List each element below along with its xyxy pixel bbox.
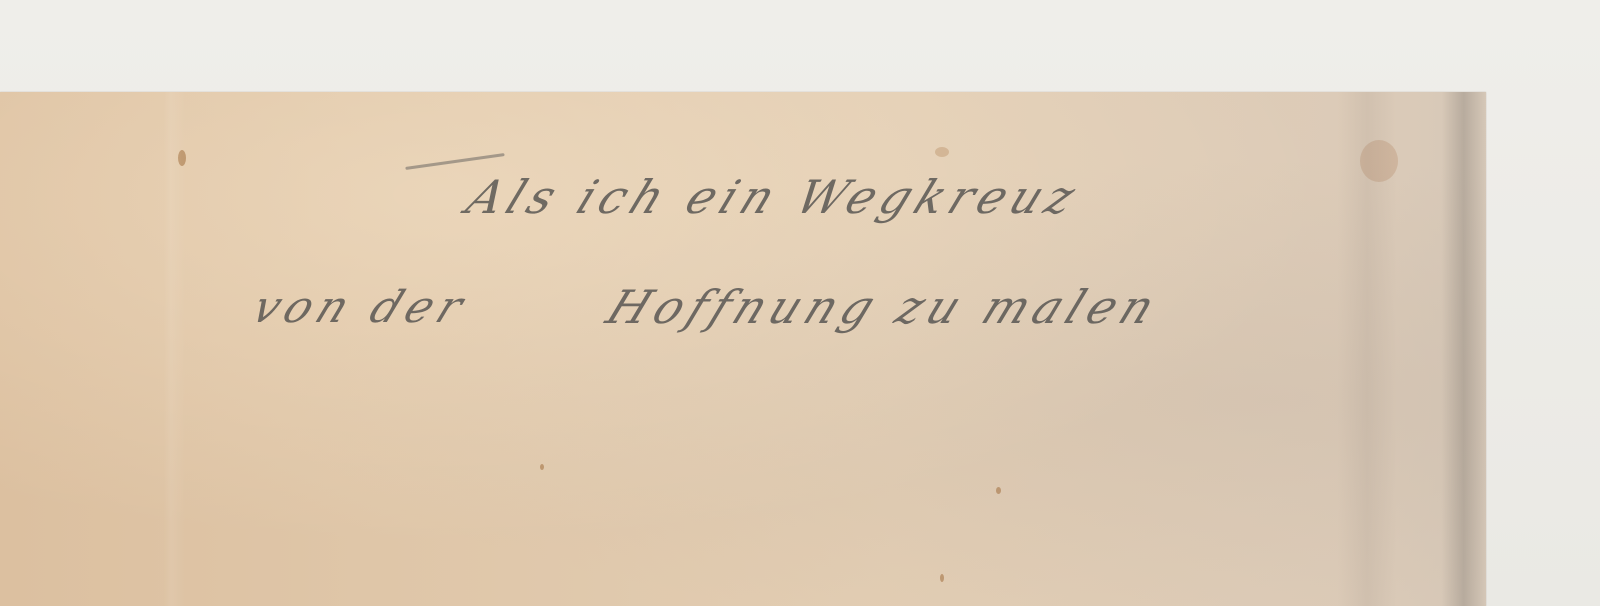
foxing-spot: [178, 150, 186, 166]
handwritten-line-2-left: von der: [245, 282, 477, 333]
foxing-spot: [540, 464, 544, 470]
foxing-spot: [1360, 140, 1398, 182]
handwritten-line-1: Als ich ein Wegkreuz: [459, 170, 1089, 224]
handwritten-line-2-right: Hoffnung zu malen: [599, 280, 1169, 334]
foxing-spot: [935, 147, 949, 157]
foxing-spot: [940, 574, 944, 582]
foxing-spot: [996, 487, 1001, 494]
